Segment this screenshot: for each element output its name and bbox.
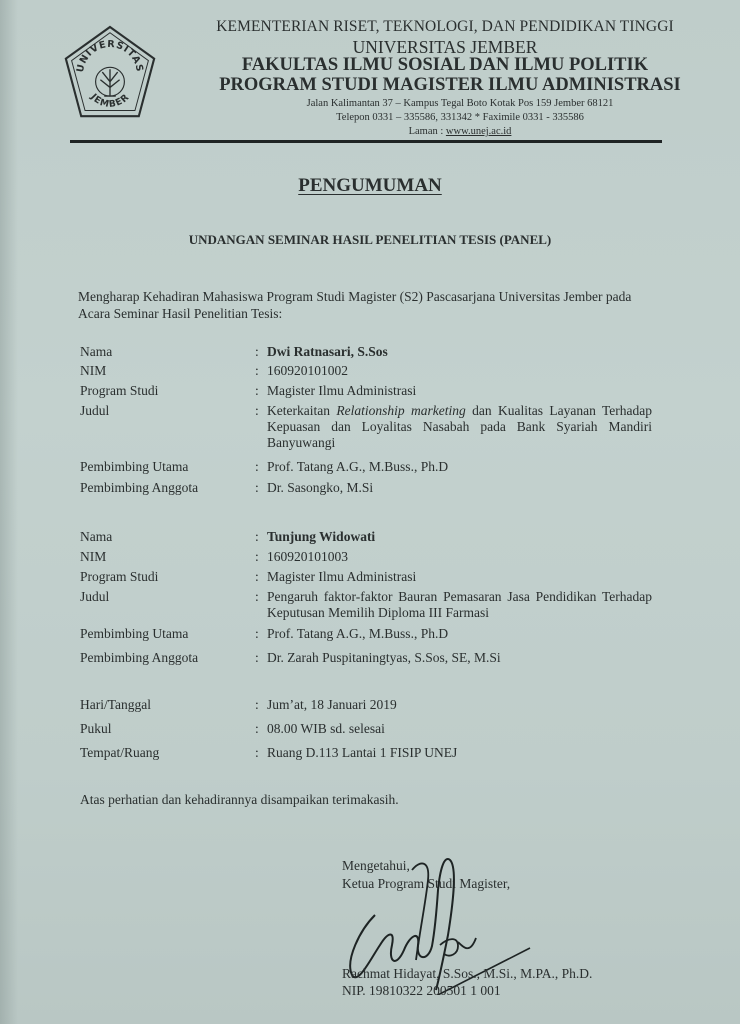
separator: : (255, 626, 259, 642)
event-time: 08.00 WIB sd. selesai (267, 721, 652, 737)
label-judul: Judul (80, 403, 109, 419)
separator: : (255, 403, 259, 419)
separator: : (255, 589, 259, 605)
student-2-pembimbing-anggota: Dr. Zarah Puspitaningtyas, S.Sos, SE, M.… (267, 650, 652, 666)
label-nim: NIM (80, 549, 106, 565)
separator: : (255, 344, 259, 360)
label-pukul: Pukul (80, 721, 112, 737)
letterhead-ministry: KEMENTERIAN RISET, TEKNOLOGI, DAN PENDID… (150, 18, 740, 36)
label-nama: Nama (80, 344, 112, 360)
letterhead-program: PROGRAM STUDI MAGISTER ILMU ADMINISTRASI (150, 75, 740, 96)
label-pembimbing-anggota: Pembimbing Anggota (80, 650, 198, 666)
label-program-studi: Program Studi (80, 383, 158, 399)
student-2-nama: Tunjung Widowati (267, 529, 652, 545)
document-page: UNIVERSITAS JEMBER KEMENTERIAN RISET, TE… (0, 0, 740, 1024)
event-place: Ruang D.113 Lantai 1 FISIP UNEJ (267, 745, 652, 761)
page-subtitle: UNDANGAN SEMINAR HASIL PENELITIAN TESIS … (0, 232, 740, 248)
event-date: Jum’at, 18 Januari 2019 (267, 697, 652, 713)
label-pembimbing-utama: Pembimbing Utama (80, 626, 188, 642)
label-pembimbing-utama: Pembimbing Utama (80, 459, 188, 475)
student-1-judul: Keterkaitan Relationship marketing dan K… (267, 403, 652, 451)
label-hari-tanggal: Hari/Tanggal (80, 697, 151, 713)
separator: : (255, 383, 259, 399)
letterhead-divider (70, 140, 662, 143)
page-title: PENGUMUMAN (0, 175, 740, 197)
student-2-judul: Pengaruh faktor-faktor Bauran Pemasaran … (267, 589, 652, 621)
page-edge-shadow (0, 0, 18, 1024)
letterhead-faculty: FAKULTAS ILMU SOSIAL DAN ILMU POLITIK (150, 55, 740, 76)
judul-italic-text: Relationship marketing (336, 403, 465, 418)
student-2-program-studi: Magister Ilmu Administrasi (267, 569, 652, 585)
label-nim: NIM (80, 363, 106, 379)
judul-text: Keterkaitan (267, 403, 336, 418)
separator: : (255, 697, 259, 713)
website-label: Laman : (409, 126, 446, 137)
closing-remark: Atas perhatian dan kehadirannya disampai… (80, 792, 399, 808)
separator: : (255, 721, 259, 737)
student-1-pembimbing-anggota: Dr. Sasongko, M.Si (267, 480, 652, 496)
student-1-pembimbing-utama: Prof. Tatang A.G., M.Buss., Ph.D (267, 459, 652, 475)
label-pembimbing-anggota: Pembimbing Anggota (80, 480, 198, 496)
label-program-studi: Program Studi (80, 569, 158, 585)
letterhead-phone: Telepon 0331 – 335586, 331342 * Faximile… (180, 112, 740, 123)
separator: : (255, 529, 259, 545)
label-tempat-ruang: Tempat/Ruang (80, 745, 159, 761)
student-2-nim: 160920101003 (267, 549, 652, 565)
website-link[interactable]: www.unej.ac.id (446, 126, 512, 137)
letterhead-website-line: Laman : www.unej.ac.id (180, 126, 740, 137)
label-judul: Judul (80, 589, 109, 605)
student-1-nim: 160920101002 (267, 363, 652, 379)
separator: : (255, 459, 259, 475)
separator: : (255, 549, 259, 565)
letterhead-address: Jalan Kalimantan 37 – Kampus Tegal Boto … (180, 98, 740, 109)
student-2-pembimbing-utama: Prof. Tatang A.G., M.Buss., Ph.D (267, 626, 652, 642)
label-nama: Nama (80, 529, 112, 545)
separator: : (255, 745, 259, 761)
student-1-nama: Dwi Ratnasari, S.Sos (267, 344, 652, 360)
intro-paragraph: Mengharap Kehadiran Mahasiswa Program St… (78, 288, 663, 322)
separator: : (255, 569, 259, 585)
separator: : (255, 650, 259, 666)
student-1-program-studi: Magister Ilmu Administrasi (267, 383, 652, 399)
university-jember-logo-icon: UNIVERSITAS JEMBER (62, 24, 158, 124)
separator: : (255, 363, 259, 379)
signatory-name: Rachmat Hidayat, S.Sos., M.Si., M.PA., P… (342, 965, 592, 982)
separator: : (255, 480, 259, 496)
signatory-nip: NIP. 19810322 200501 1 001 (342, 982, 501, 999)
